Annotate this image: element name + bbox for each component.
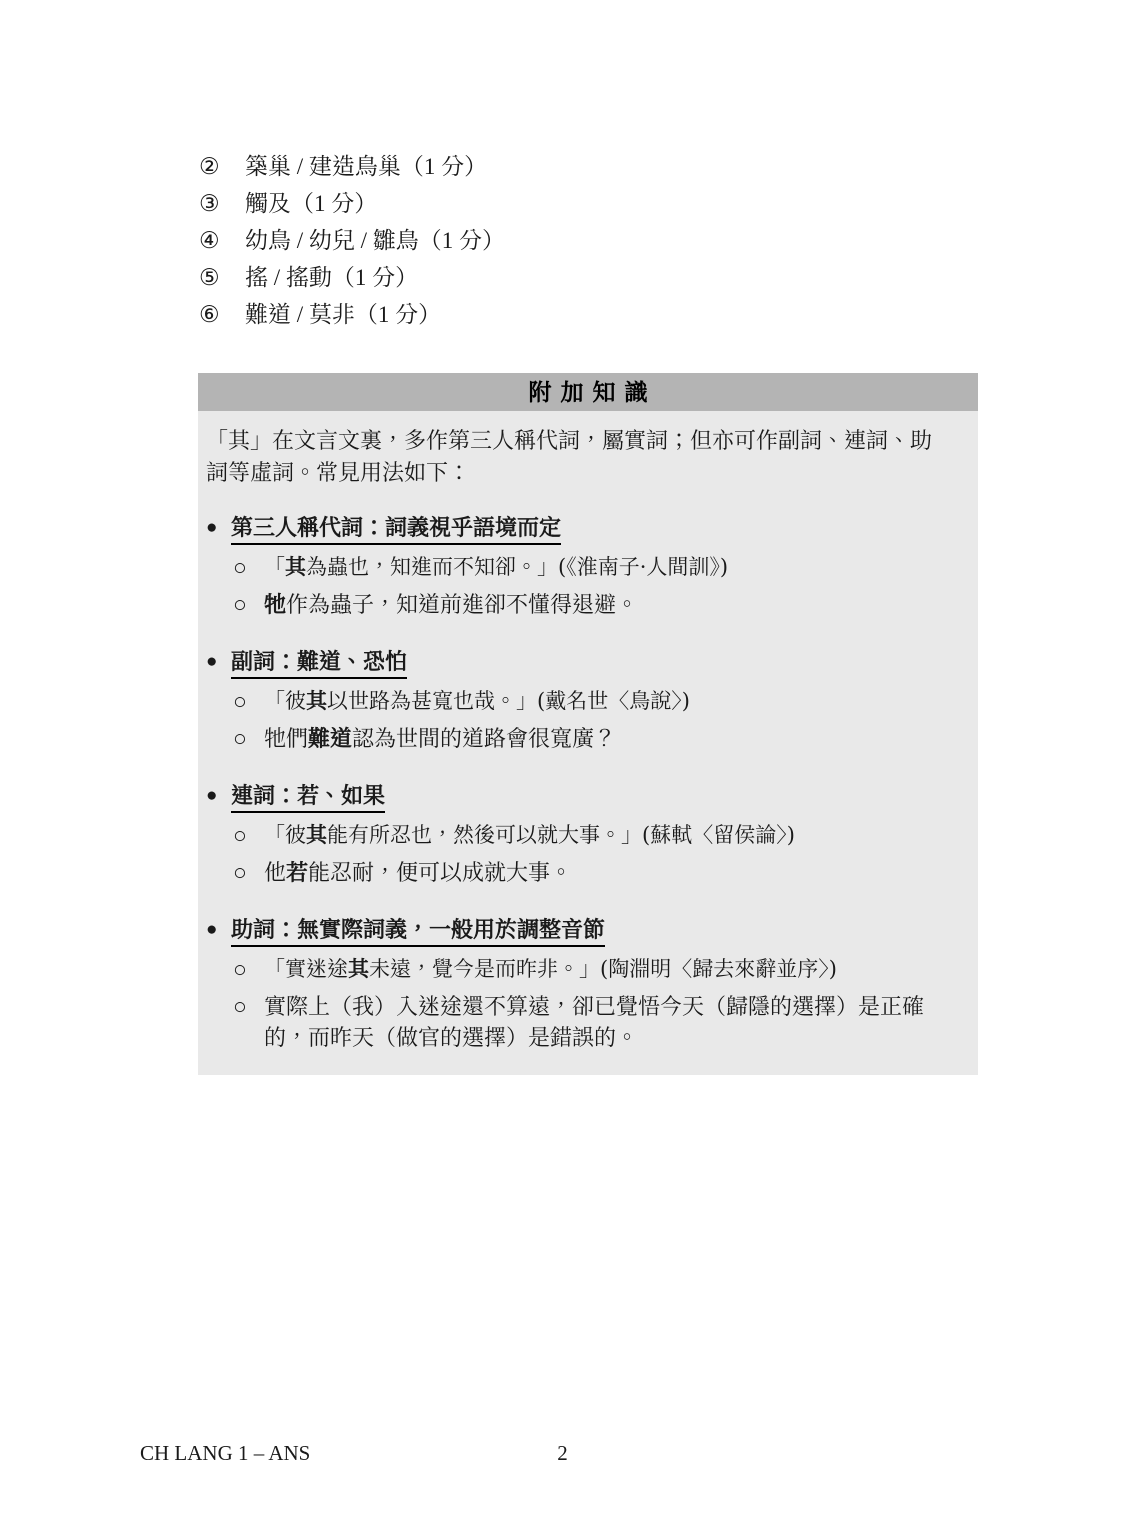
hollow-bullet-icon: ○ — [233, 723, 264, 753]
answer-text: 觸及（1 分） — [245, 191, 377, 217]
translation-post: 作為蟲子，知道前進卻不懂得退避。 — [286, 592, 638, 617]
filled-bullet-icon: ● — [206, 915, 231, 945]
translation-row: ○ 他若能忍耐，便可以成就大事。 — [206, 857, 952, 888]
section-heading: 連詞：若、如果 — [231, 779, 385, 813]
section-heading: 副詞：難道、恐怕 — [231, 645, 407, 679]
intro-paragraph: 「其」在文言文裏，多作第三人稱代詞，屬實詞；但亦可作副詞、連詞、助詞等虛詞。常見… — [206, 425, 952, 489]
quote-keyword: 其 — [285, 554, 306, 579]
quote-row: ○ 「實迷途其未遠，覺今是而昨非。」(陶淵明〈歸去來辭並序〉) — [206, 954, 952, 984]
quote-keyword: 其 — [306, 688, 327, 713]
quote-source: (戴名世〈鳥說〉) — [537, 689, 690, 713]
translation-pre: 牠們 — [264, 726, 308, 751]
quote-row: ○ 「彼其以世路為甚寬也哉。」(戴名世〈鳥說〉) — [206, 686, 952, 716]
quote-text: 「實迷途其未遠，覺今是而昨非。」(陶淵明〈歸去來辭並序〉) — [264, 954, 837, 984]
quote-keyword: 其 — [348, 956, 369, 981]
section-heading: 助詞：無實際詞義，一般用於調整音節 — [231, 913, 605, 947]
section-heading-row: ● 第三人稱代詞：詞義視乎語境而定 — [206, 511, 952, 545]
translation-row: ○ 牠們難道認為世間的道路會很寬廣？ — [206, 723, 952, 754]
quote-text: 「其為蟲也，知進而不知卻。」(《淮南子·人間訓》) — [264, 552, 728, 582]
answer-row: ④ 幼鳥 / 幼兒 / 雛鳥（1 分） — [199, 228, 505, 254]
translation-post: 認為世間的道路會很寬廣？ — [352, 726, 616, 751]
answer-number: ④ — [199, 228, 245, 254]
answer-row: ② 築巢 / 建造鳥巢（1 分） — [199, 154, 505, 180]
filled-bullet-icon: ● — [206, 513, 231, 543]
translation-text: 牠們難道認為世間的道路會很寬廣？ — [264, 723, 616, 754]
translation-pre: 他 — [264, 860, 286, 885]
knowledge-box: 附加知識 「其」在文言文裏，多作第三人稱代詞，屬實詞；但亦可作副詞、連詞、助詞等… — [198, 373, 978, 1075]
answer-number: ⑤ — [199, 265, 245, 291]
knowledge-box-body: 「其」在文言文裏，多作第三人稱代詞，屬實詞；但亦可作副詞、連詞、助詞等虛詞。常見… — [198, 411, 978, 1075]
quote-post: 為蟲也，知進而不知卻。」 — [306, 555, 558, 579]
answer-text: 難道 / 莫非（1 分） — [245, 302, 441, 328]
quote-keyword: 其 — [306, 822, 327, 847]
section-heading: 第三人稱代詞：詞義視乎語境而定 — [231, 511, 561, 545]
hollow-bullet-icon: ○ — [233, 686, 264, 716]
hollow-bullet-icon: ○ — [233, 589, 264, 619]
quote-pre: 「彼 — [264, 689, 306, 713]
translation-text: 牠作為蟲子，知道前進卻不懂得退避。 — [264, 589, 638, 620]
translation-post: 能忍耐，便可以成就大事。 — [308, 860, 572, 885]
quote-post: 以世路為甚寬也哉。」 — [327, 689, 537, 713]
translation-post: 實際上（我）入迷途還不算遠，卻已覺悟今天（歸隱的選擇）是正確的，而昨天（做官的選… — [264, 994, 924, 1050]
section-heading-row: ● 副詞：難道、恐怕 — [206, 645, 952, 679]
section-heading-row: ● 連詞：若、如果 — [206, 779, 952, 813]
quote-pre: 「彼 — [264, 823, 306, 847]
translation-row: ○ 實際上（我）入迷途還不算遠，卻已覺悟今天（歸隱的選擇）是正確的，而昨天（做官… — [206, 991, 952, 1053]
document-page: ② 築巢 / 建造鳥巢（1 分） ③ 觸及（1 分） ④ 幼鳥 / 幼兒 / 雛… — [0, 0, 1125, 1538]
answer-text: 搖 / 搖動（1 分） — [245, 265, 418, 291]
hollow-bullet-icon: ○ — [233, 857, 264, 887]
translation-keyword: 若 — [286, 860, 308, 885]
section-heading-row: ● 助詞：無實際詞義，一般用於調整音節 — [206, 913, 952, 947]
quote-post: 能有所忍也，然後可以就大事。」 — [327, 823, 642, 847]
answer-text: 築巢 / 建造鳥巢（1 分） — [245, 154, 487, 180]
knowledge-box-title: 附加知識 — [198, 373, 978, 411]
answer-number: ⑥ — [199, 302, 245, 328]
quote-source: (《淮南子·人間訓》) — [558, 555, 728, 579]
usage-section: ● 第三人稱代詞：詞義視乎語境而定 ○ 「其為蟲也，知進而不知卻。」(《淮南子·… — [206, 511, 952, 620]
answers-list: ② 築巢 / 建造鳥巢（1 分） ③ 觸及（1 分） ④ 幼鳥 / 幼兒 / 雛… — [199, 154, 505, 339]
translation-text: 他若能忍耐，便可以成就大事。 — [264, 857, 572, 888]
usage-section: ● 連詞：若、如果 ○ 「彼其能有所忍也，然後可以就大事。」(蘇軾〈留侯論〉) … — [206, 779, 952, 888]
answer-number: ③ — [199, 191, 245, 217]
quote-pre: 「實迷途 — [264, 957, 348, 981]
hollow-bullet-icon: ○ — [233, 991, 264, 1021]
answer-row: ⑥ 難道 / 莫非（1 分） — [199, 302, 505, 328]
translation-text: 實際上（我）入迷途還不算遠，卻已覺悟今天（歸隱的選擇）是正確的，而昨天（做官的選… — [264, 991, 936, 1053]
answer-row: ③ 觸及（1 分） — [199, 191, 505, 217]
quote-row: ○ 「其為蟲也，知進而不知卻。」(《淮南子·人間訓》) — [206, 552, 952, 582]
hollow-bullet-icon: ○ — [233, 820, 264, 850]
quote-text: 「彼其以世路為甚寬也哉。」(戴名世〈鳥說〉) — [264, 686, 690, 716]
answer-text: 幼鳥 / 幼兒 / 雛鳥（1 分） — [245, 228, 505, 254]
quote-post: 未遠，覺今是而昨非。」 — [369, 957, 600, 981]
quote-text: 「彼其能有所忍也，然後可以就大事。」(蘇軾〈留侯論〉) — [264, 820, 795, 850]
translation-keyword: 牠 — [264, 592, 286, 617]
filled-bullet-icon: ● — [206, 647, 231, 677]
footer-page-number: 2 — [0, 1441, 1125, 1466]
quote-row: ○ 「彼其能有所忍也，然後可以就大事。」(蘇軾〈留侯論〉) — [206, 820, 952, 850]
hollow-bullet-icon: ○ — [233, 552, 264, 582]
answer-number: ② — [199, 154, 245, 180]
translation-row: ○ 牠作為蟲子，知道前進卻不懂得退避。 — [206, 589, 952, 620]
usage-section: ● 副詞：難道、恐怕 ○ 「彼其以世路為甚寬也哉。」(戴名世〈鳥說〉) ○ 牠們… — [206, 645, 952, 754]
filled-bullet-icon: ● — [206, 781, 231, 811]
hollow-bullet-icon: ○ — [233, 954, 264, 984]
quote-pre: 「 — [264, 555, 285, 579]
usage-section: ● 助詞：無實際詞義，一般用於調整音節 ○ 「實迷途其未遠，覺今是而昨非。」(陶… — [206, 913, 952, 1053]
answer-row: ⑤ 搖 / 搖動（1 分） — [199, 265, 505, 291]
translation-keyword: 難道 — [308, 726, 352, 751]
quote-source: (蘇軾〈留侯論〉) — [642, 823, 795, 847]
quote-source: (陶淵明〈歸去來辭並序〉) — [600, 957, 837, 981]
